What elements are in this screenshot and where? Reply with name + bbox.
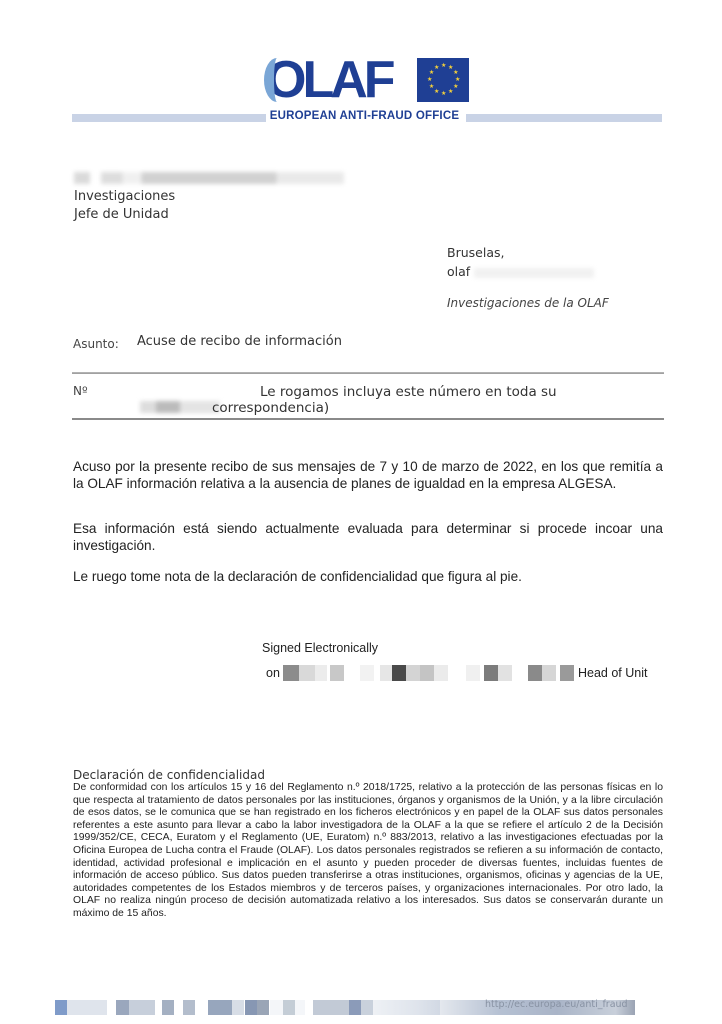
redacted-pixel (232, 1000, 244, 1015)
sender-role: Jefe de Unidad (74, 206, 175, 224)
reference-text-line2-value: correspondencia) (212, 400, 329, 416)
redacted-pixel (528, 665, 542, 681)
redacted-pixel (380, 665, 392, 681)
redacted-pixel (360, 665, 374, 681)
redacted-pixel (67, 1000, 107, 1015)
star-icon: ★ (441, 92, 445, 96)
star-icon: ★ (429, 85, 433, 89)
redacted-pixel (208, 1000, 232, 1015)
body-paragraph-3: Le ruego tome nota de la declaración de … (73, 568, 663, 585)
redacted-pixel (498, 665, 512, 681)
subject-label: Asunto: (73, 337, 119, 351)
star-icon: ★ (453, 71, 457, 75)
star-icon: ★ (434, 66, 438, 70)
department-line: Investigaciones de la OLAF (447, 296, 609, 310)
redacted-pixel (162, 1000, 174, 1015)
redacted-pixel (257, 1000, 269, 1015)
redacted-pixel (349, 1000, 361, 1015)
header-rule-left (72, 114, 266, 122)
place-date-block: Bruselas, olaf (447, 243, 594, 281)
redacted-pixel (361, 1000, 373, 1015)
redacted-pixel (484, 665, 498, 681)
subject-text: Acuse de recibo de información (137, 334, 342, 349)
redacted-pixel (330, 665, 344, 681)
redacted-pixel (245, 1000, 257, 1015)
star-icon: ★ (434, 90, 438, 94)
redacted-pixel (420, 665, 434, 681)
redacted-reference-number (140, 401, 220, 413)
redacted-pixel (55, 1000, 67, 1015)
redacted-pixel (560, 665, 574, 681)
eu-flag-icon: ★★★★★★★★★★★★ (417, 58, 469, 102)
redacted-pixel (283, 1000, 295, 1015)
divider (72, 418, 664, 420)
reference-label: Nº (73, 384, 88, 398)
reference-text-line2: correspondencia) (212, 400, 329, 416)
sender-line-redacted (74, 170, 175, 188)
footer-url: http://ec.europa.eu/anti_fraud (485, 999, 628, 1010)
redacted-pixel (466, 665, 480, 681)
star-icon: ★ (448, 66, 452, 70)
redacted-pixel (183, 1000, 195, 1015)
redacted-pixel (392, 665, 406, 681)
sender-department: Investigaciones (74, 188, 175, 206)
confidentiality-title: Declaración de confidencialidad (73, 768, 265, 782)
redacted-pixel (542, 665, 556, 681)
redacted-pixel (283, 665, 299, 681)
body-paragraph-2: Esa información está siendo actualmente … (73, 520, 663, 554)
star-icon: ★ (429, 71, 433, 75)
divider (72, 372, 664, 374)
redacted-reference (474, 268, 594, 278)
signature-on-prefix: on (266, 666, 280, 680)
reference-prefix: olaf (447, 264, 470, 279)
redacted-pixel (313, 1000, 349, 1015)
star-icon: ★ (453, 85, 457, 89)
logo-swoosh-icon (264, 58, 290, 102)
signature-role: Head of Unit (578, 666, 647, 680)
sender-block: Investigaciones Jefe de Unidad (74, 170, 175, 224)
redacted-pixel (406, 665, 420, 681)
star-icon: ★ (448, 90, 452, 94)
star-icon: ★ (455, 78, 459, 82)
redacted-pixel (315, 665, 327, 681)
star-icon: ★ (441, 64, 445, 68)
olaf-logo: OLAF ★★★★★★★★★★★★ (262, 54, 472, 106)
reference-code: olaf (447, 262, 594, 281)
confidentiality-text: De conformidad con los artículos 15 y 16… (73, 782, 663, 921)
redacted-pixel (129, 1000, 155, 1015)
header-rule-right (466, 114, 662, 122)
reference-text-line1: Le rogamos incluya este número en toda s… (260, 384, 557, 400)
city: Bruselas, (447, 243, 594, 262)
redacted-pixel (116, 1000, 129, 1015)
signature-label: Signed Electronically (262, 641, 378, 655)
star-icon: ★ (427, 78, 431, 82)
logo-tagline: EUROPEAN ANTI-FRAUD OFFICE (262, 110, 467, 122)
redacted-pixel (434, 665, 448, 681)
body-paragraph-1: Acuso por la presente recibo de sus mens… (73, 458, 663, 492)
redacted-pixel (299, 665, 315, 681)
